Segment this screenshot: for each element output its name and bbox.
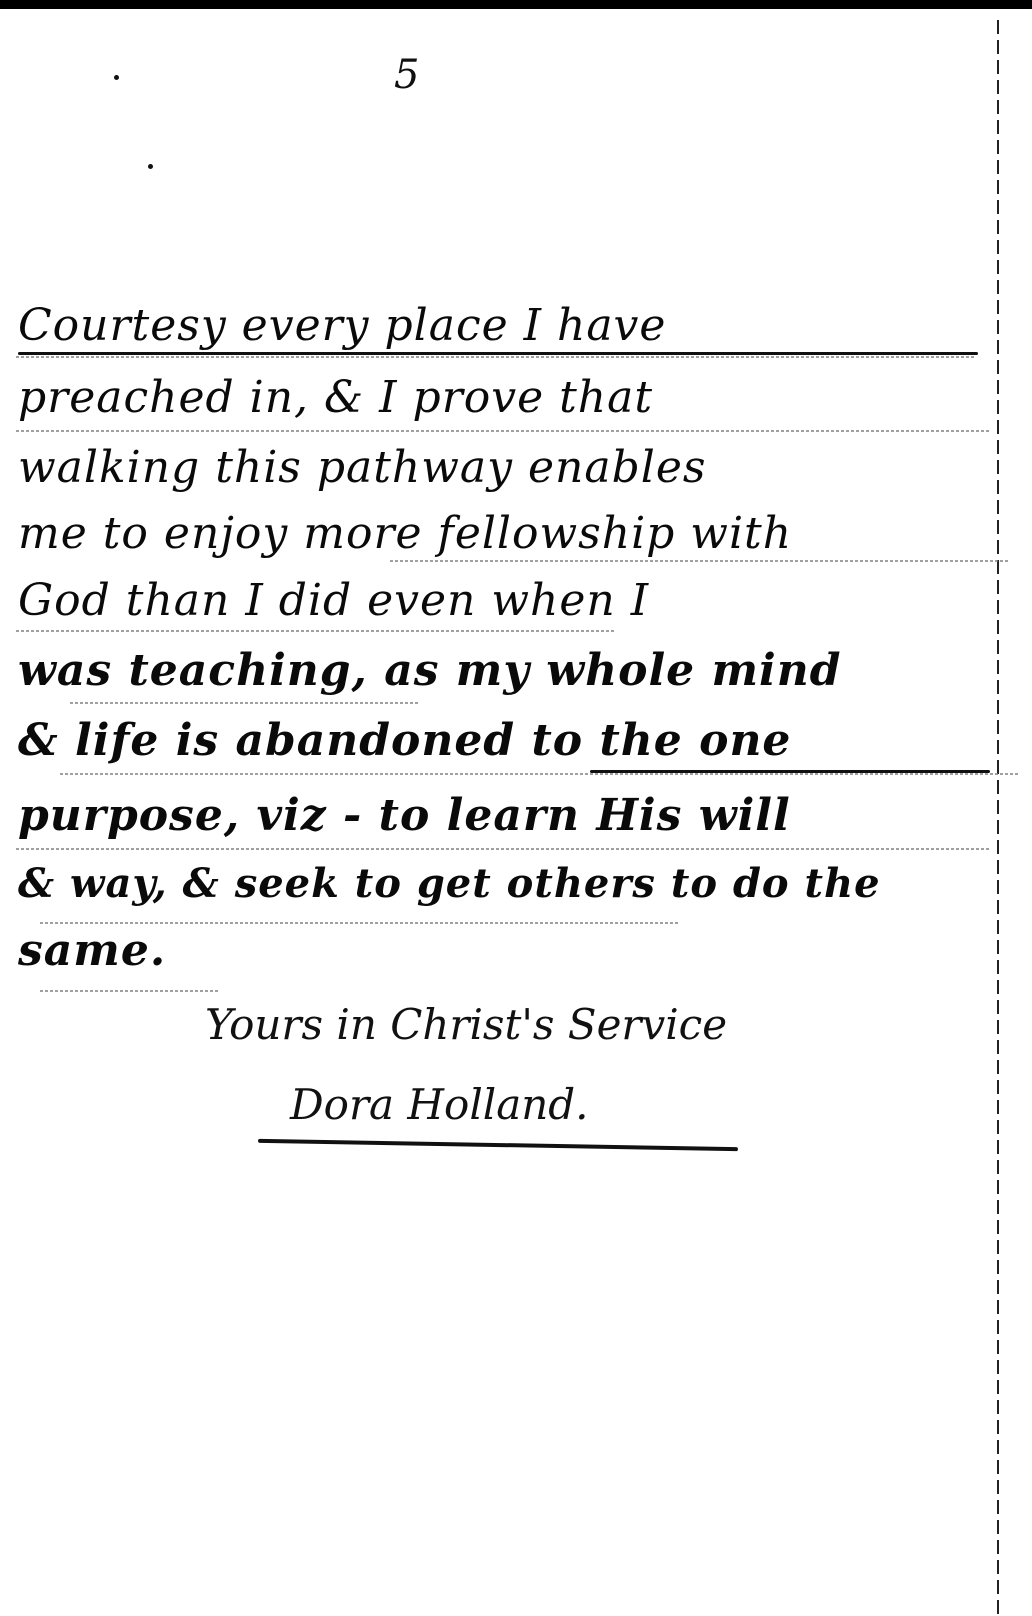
letter-signature: Dora Holland.: [290, 1080, 589, 1129]
letter-line-6: was teaching, as my whole mind: [18, 645, 842, 696]
ink-speck: [114, 75, 119, 80]
ruled-line: [16, 848, 991, 850]
letter-line-9: & way, & seek to get others to do the: [18, 860, 881, 907]
letter-line-8: purpose, viz - to learn His will: [18, 790, 791, 841]
ruled-line: [70, 702, 420, 704]
ruled-line: [390, 560, 1010, 562]
letter-line-2: preached in, & I prove that: [18, 372, 653, 423]
signature-underline: [258, 1139, 738, 1151]
letter-line-5: God than I did even when I: [18, 575, 649, 626]
scan-top-border: [0, 0, 1032, 9]
ruled-line: [40, 990, 220, 992]
underline-stroke: [590, 770, 990, 773]
letter-line-3: walking this pathway enables: [18, 442, 706, 493]
ink-speck: [148, 164, 153, 169]
underline-stroke: [18, 352, 978, 355]
page-number: 5: [394, 52, 419, 98]
letter-line-10: same.: [18, 925, 166, 976]
ruled-line: [16, 430, 991, 432]
right-margin-rule: [997, 20, 999, 1616]
ruled-line: [16, 356, 976, 358]
ruled-line: [16, 630, 616, 632]
letter-line-7: & life is abandoned to the one: [18, 715, 791, 766]
letter-closing: Yours in Christ's Service: [205, 1000, 727, 1049]
ruled-line: [40, 922, 680, 924]
letter-line-4: me to enjoy more fellowship with: [18, 508, 792, 559]
ruled-line: [60, 773, 1020, 775]
letter-line-1: Courtesy every place I have: [18, 300, 666, 351]
